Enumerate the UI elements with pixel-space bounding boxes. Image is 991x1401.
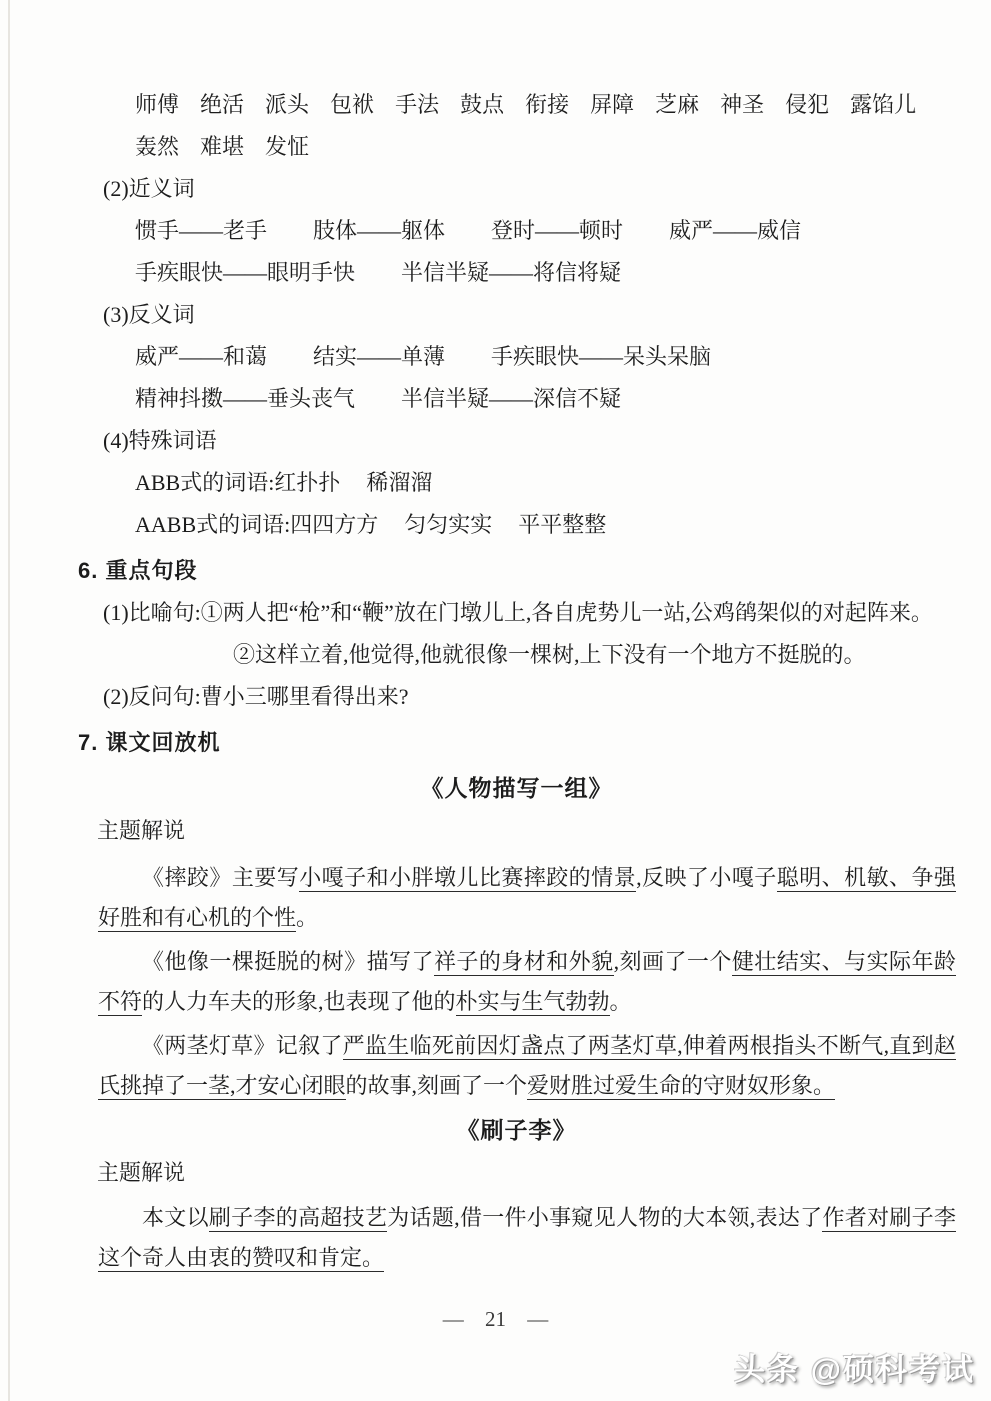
special-words-label: (4)特殊词语 <box>103 420 955 462</box>
synonym-pair: 惯手——老手 <box>135 218 267 243</box>
text-segment: 的人力车夫的形象,也表现了他的 <box>142 989 456 1014</box>
rhetorical-sentence: (2)反问句:曹小三哪里看得出来? <box>103 676 955 718</box>
vocab-word: 侵犯 <box>785 92 829 117</box>
aabb-pattern-label: AABB式的词语: <box>135 512 290 537</box>
text-segment: 。 <box>296 905 318 930</box>
section-heading-key-sentences: 6. 重点句段 <box>78 550 955 592</box>
vocab-word: 包袱 <box>330 92 374 117</box>
lesson1-paragraph-3: 《两茎灯草》记叙了严监生临死前因灯盏点了两茎灯草,伸着两根指头不断气,直到赵氏挑… <box>98 1026 956 1106</box>
page-number: — 21 — <box>0 1304 991 1334</box>
vocab-word: 师傅 <box>135 92 179 117</box>
abb-pattern-label: ABB式的词语: <box>135 470 274 495</box>
aabb-word: 平平整整 <box>518 512 606 537</box>
vocab-word: 屏障 <box>590 92 634 117</box>
antonym-pair: 精神抖擞——垂头丧气 <box>135 386 355 411</box>
watermark-text: 头条 @硕科考试 <box>734 1344 975 1389</box>
metaphor-sentence-1: (1)比喻句:①两人把“枪”和“鞭”放在门墩儿上,各自虎势儿一站,公鸡鹐架似的对… <box>103 592 955 634</box>
word-list-row-1: 师傅绝活派头包袱手法鼓点衔接屏障芝麻神圣侵犯露馅儿 <box>135 84 955 126</box>
antonym-pair: 结实——单薄 <box>313 344 445 369</box>
vocab-word: 芝麻 <box>655 92 699 117</box>
synonym-pair: 登时——顿时 <box>491 218 623 243</box>
abb-word: 稀溜溜 <box>366 470 432 495</box>
abb-words: 红扑扑稀溜溜 <box>274 470 458 495</box>
text-segment: 。 <box>610 989 632 1014</box>
synonym-pair: 手疾眼快——眼明手快 <box>135 260 355 285</box>
antonym-pair: 手疾眼快——呆头呆脑 <box>491 344 711 369</box>
lesson1-subheading: 主题解说 <box>97 810 955 852</box>
text-segment: ,刻画了一个 <box>614 949 732 974</box>
underlined-key-phrase: 刷子李的高超技艺 <box>209 1205 387 1232</box>
text-segment: 《两茎灯草》记叙了 <box>142 1033 343 1058</box>
underlined-key-phrase: 爱财胜过爱生命的守财奴形象。 <box>527 1073 835 1100</box>
metaphor-sentence-2: ②这样立着,他觉得,他就很像一棵树,上下没有一个地方不挺脱的。 <box>233 634 955 676</box>
text-segment: 《他像一棵挺脱的树》描写了 <box>142 949 434 974</box>
synonym-pair: 半信半疑——将信将疑 <box>401 260 621 285</box>
synonym-pair: 肢体——躯体 <box>313 218 445 243</box>
text-segment: 本文以 <box>142 1205 209 1230</box>
aabb-word: 匀匀实实 <box>404 512 492 537</box>
antonym-pair: 半信半疑——深信不疑 <box>401 386 621 411</box>
antonyms-label: (3)反义词 <box>103 294 955 336</box>
word-list-row-2: 轰然难堪发怔 <box>135 126 955 168</box>
synonym-pair: 威严——威信 <box>669 218 801 243</box>
lesson1-paragraph-1: 《摔跤》主要写小嘎子和小胖墩儿比赛摔跤的情景,反映了小嘎子聪明、机敏、争强好胜和… <box>98 858 956 938</box>
synonyms-row-2: 手疾眼快——眼明手快半信半疑——将信将疑 <box>135 252 955 294</box>
vocab-word: 衔接 <box>525 92 569 117</box>
lesson2-subheading: 主题解说 <box>97 1152 955 1194</box>
underlined-key-phrase: 祥子的身材和外貌 <box>434 949 614 976</box>
antonyms-row-2: 精神抖擞——垂头丧气半信半疑——深信不疑 <box>135 378 955 420</box>
vocab-word: 手法 <box>395 92 439 117</box>
text-segment: 的故事,刻画了一个 <box>346 1073 528 1098</box>
abb-words-row: ABB式的词语:红扑扑稀溜溜 <box>135 462 955 504</box>
lesson1-title: 《人物描写一组》 <box>78 766 955 810</box>
vocab-word: 神圣 <box>720 92 764 117</box>
antonyms-row-1: 威严——和蔼结实——单薄手疾眼快——呆头呆脑 <box>135 336 955 378</box>
aabb-word: 四四方方 <box>290 512 378 537</box>
vocab-word: 露馅儿 <box>850 92 916 117</box>
lesson1-paragraph-2: 《他像一棵挺脱的树》描写了祥子的身材和外貌,刻画了一个健壮结实、与实际年龄不符的… <box>98 942 956 1022</box>
aabb-words-row: AABB式的词语:四四方方匀匀实实平平整整 <box>135 504 955 546</box>
aabb-words: 四四方方匀匀实实平平整整 <box>290 512 632 537</box>
vocab-word: 派头 <box>265 92 309 117</box>
text-segment: 《摔跤》主要写 <box>142 865 299 890</box>
text-segment: ,反映了小嘎子 <box>636 865 777 890</box>
lesson2-paragraph-1: 本文以刷子李的高超技艺为话题,借一件小事窥见人物的大本领,表达了作者对刷子李这个… <box>98 1198 956 1278</box>
lesson2-title: 《刷子李》 <box>78 1108 955 1152</box>
workbook-page: 师傅绝活派头包袱手法鼓点衔接屏障芝麻神圣侵犯露馅儿 轰然难堪发怔 (2)近义词 … <box>0 0 991 1334</box>
vocab-word: 发怔 <box>265 134 309 159</box>
underlined-key-phrase: 朴实与生气勃勃 <box>456 989 610 1016</box>
section-heading-review: 7. 课文回放机 <box>78 722 955 764</box>
vocab-word: 轰然 <box>135 134 179 159</box>
vocab-word: 绝活 <box>200 92 244 117</box>
abb-word: 红扑扑 <box>274 470 340 495</box>
text-segment: 为话题,借一件小事窥见人物的大本领,表达了 <box>387 1205 822 1230</box>
synonyms-label: (2)近义词 <box>103 168 955 210</box>
synonyms-row-1: 惯手——老手肢体——躯体登时——顿时威严——威信 <box>135 210 955 252</box>
vocab-word: 难堪 <box>200 134 244 159</box>
antonym-pair: 威严——和蔼 <box>135 344 267 369</box>
underlined-key-phrase: 小嘎子和小胖墩儿比赛摔跤的情景 <box>299 865 636 892</box>
vocab-word: 鼓点 <box>460 92 504 117</box>
